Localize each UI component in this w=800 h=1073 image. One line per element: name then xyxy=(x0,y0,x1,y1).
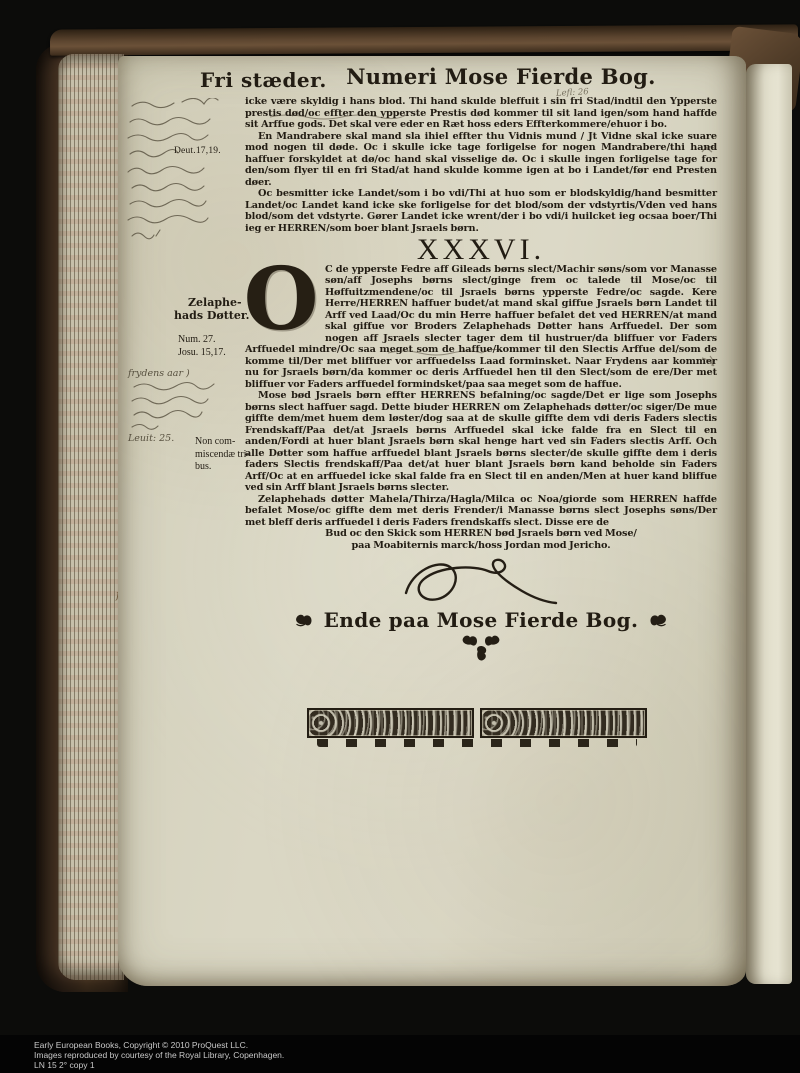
margin-ref-numbers: Num. 27. xyxy=(178,334,226,347)
paragraph: Mose bød Jsraels børn effter HERRENS bef… xyxy=(245,390,717,494)
footer-line-copyright: Early European Books, Copyright © 2010 P… xyxy=(34,1040,248,1050)
margin-note-latin: Non com- miscendæ tri- bus. xyxy=(195,436,250,474)
book-cover-top-edge xyxy=(50,24,798,55)
ornamental-frieze xyxy=(307,708,647,747)
woodcut-initial-O: O xyxy=(245,266,317,334)
margin-ref-deuteronomy: Deut.17,19. xyxy=(174,146,221,156)
paragraph: Oc besmitter icke Landet/som i bo vdi/Th… xyxy=(245,188,717,234)
margin-note-line: Zelaphe- xyxy=(188,296,250,309)
aldus-leaf-icon xyxy=(648,613,668,628)
margin-note-zelaphehad: Zelaphe- hads Døtter. xyxy=(174,296,250,322)
paragraph-with-dropcap: OC de ypperste Fedre aff Gileads børns s… xyxy=(245,264,717,391)
handwritten-scribble xyxy=(128,379,244,431)
closing-line: Bud oc den Skick som HERREN bød Jsraels … xyxy=(245,528,717,540)
aldus-leaf-icon xyxy=(294,613,314,628)
frieze-panels xyxy=(307,708,647,738)
margin-note-line: hads Døtter. xyxy=(174,309,250,322)
scanned-book-page: f 2 Fri stæder. Numeri Mose Fierde Bog. … xyxy=(0,0,800,1073)
colophon-line: Ende paa Mose Fierde Bog. xyxy=(245,613,717,628)
margin-note-line: bus. xyxy=(195,461,250,474)
frieze-tassels xyxy=(317,739,637,747)
printer-leaf-ornament-cluster xyxy=(245,634,717,660)
running-head-left: Fri stæder. xyxy=(200,68,327,92)
handwritten-marginalia-middle: frydens aar ) Leuit: 25. xyxy=(128,368,248,444)
paragraph: icke være skyldig i hans blod. Thi hand … xyxy=(245,96,717,131)
aldus-leaf-icon xyxy=(473,643,490,663)
attribution-footer: Early European Books, Copyright © 2010 P… xyxy=(0,1035,800,1073)
frieze-panel-left xyxy=(307,708,474,738)
paragraph: Zelaphehads døtter Mahela/Thirza/Hagla/M… xyxy=(245,494,717,529)
paragraph: En Mandrabere skal mand sla ihiel effter… xyxy=(245,131,717,189)
handwritten-frydens-aar: frydens aar ) xyxy=(128,368,248,379)
pen-flourish xyxy=(396,555,566,611)
book-page: Fri stæder. Numeri Mose Fierde Bog. Lefl… xyxy=(118,56,746,986)
colophon-text: Ende paa Mose Fierde Bog. xyxy=(324,615,639,627)
facing-page-gutter xyxy=(746,64,792,984)
margin-refs: Num. 27. Josu. 15,17. xyxy=(178,334,226,359)
margin-note-line: miscendæ tri- xyxy=(195,449,250,462)
main-text-column: icke være skyldig i hans blod. Thi hand … xyxy=(245,96,717,747)
footer-line-shelfmark: LN 15 2° copy 1 xyxy=(34,1060,95,1070)
closing-line: paa Moabiternis marck/hoss Jordan mod Je… xyxy=(245,540,717,552)
margin-ref-joshua: Josu. 15,17. xyxy=(178,347,226,360)
footer-line-courtesy: Images reproduced by courtesy of the Roy… xyxy=(34,1050,284,1060)
running-head-center: Numeri Mose Fierde Bog. xyxy=(336,64,666,89)
margin-note-line: Non com- xyxy=(195,436,250,449)
frieze-panel-right xyxy=(480,708,647,738)
handwritten-marginalia-top xyxy=(126,98,240,248)
page-fore-edge xyxy=(58,54,124,980)
